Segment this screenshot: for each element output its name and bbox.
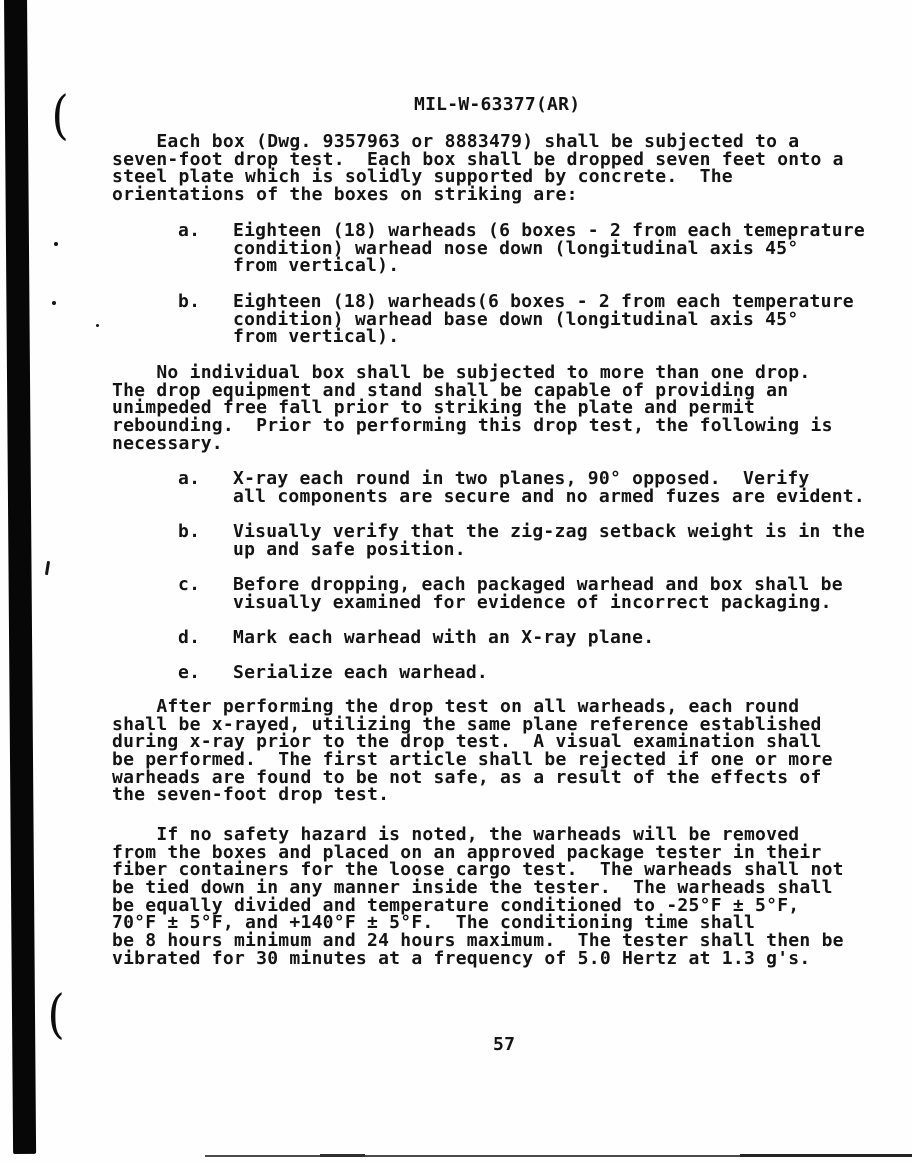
scan-bottom-line-artifact	[365, 1155, 740, 1157]
pen-tick-mark	[45, 561, 50, 575]
list2-item-b: Visually verify that the zig-zag setback…	[233, 523, 865, 558]
list-marker-b: b.	[178, 293, 200, 311]
list-marker-e: e.	[178, 664, 200, 682]
page-number: 57	[493, 1036, 515, 1054]
paragraph-4: If no safety hazard is noted, the warhea…	[112, 826, 844, 968]
list-marker-d: d.	[178, 629, 200, 647]
text-line: from vertical).	[233, 328, 854, 346]
text-line: orientations of the boxes on striking ar…	[112, 186, 844, 204]
text-line: necessary.	[112, 435, 833, 453]
text-line: the seven-foot drop test.	[112, 786, 833, 804]
list1-item-b: Eighteen (18) warheads(6 boxes - 2 from …	[233, 293, 854, 346]
list1-item-a: Eighteen (18) warheads (6 boxes - 2 from…	[233, 222, 865, 275]
scan-speck	[96, 324, 99, 327]
list2-item-c: Before dropping, each packaged warhead a…	[233, 576, 843, 611]
text-line: visually examined for evidence of incorr…	[233, 594, 843, 612]
scan-bottom-line-artifact	[320, 1154, 365, 1157]
text-line: from vertical).	[233, 257, 865, 275]
text-line: Serialize each warhead.	[233, 664, 488, 682]
scan-bottom-line-artifact	[205, 1155, 320, 1157]
pen-paren-mark-bottom: (	[48, 989, 65, 1041]
text-line: all components are secure and no armed f…	[233, 488, 865, 506]
scan-speck	[52, 301, 56, 305]
paragraph-3: After performing the drop test on all wa…	[112, 698, 833, 804]
scanned-document-page: ( ( MIL-W-63377(AR) Each box (Dwg. 93579…	[0, 0, 912, 1163]
list2-item-d: Mark each warhead with an X-ray plane.	[233, 629, 654, 647]
document-id-header: MIL-W-63377(AR)	[414, 96, 580, 114]
pen-paren-mark-top: (	[52, 90, 69, 142]
text-line: vibrated for 30 minutes at a frequency o…	[112, 950, 844, 968]
text-line: Mark each warhead with an X-ray plane.	[233, 629, 654, 647]
list2-item-e: Serialize each warhead.	[233, 664, 488, 682]
list-marker-c: c.	[178, 576, 200, 594]
scan-bottom-line-artifact	[740, 1154, 912, 1157]
paragraph-1: Each box (Dwg. 9357963 or 8883479) shall…	[112, 133, 844, 204]
scan-speck	[54, 242, 58, 246]
list-marker-a: a.	[178, 222, 200, 240]
list-marker-b: b.	[178, 523, 200, 541]
text-line: up and safe position.	[233, 541, 865, 559]
list2-item-a: X-ray each round in two planes, 90° oppo…	[233, 470, 865, 505]
paragraph-2: No individual box shall be subjected to …	[112, 364, 833, 452]
scan-edge-bar-artifact	[4, 0, 36, 1154]
list-marker-a: a.	[178, 470, 200, 488]
